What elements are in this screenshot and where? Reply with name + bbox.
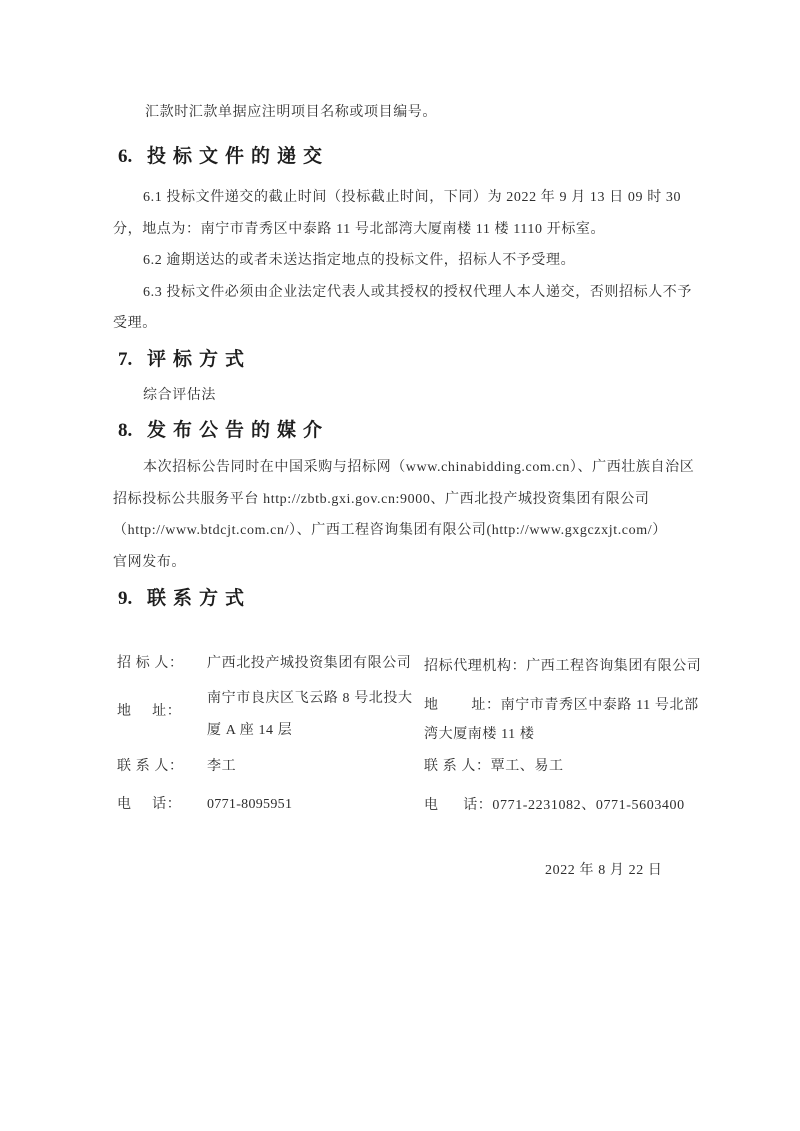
para-6-3-line2: 受理。 (113, 315, 157, 332)
section9-title: 联系方式 (147, 588, 251, 609)
section7-title: 评标方式 (147, 349, 251, 370)
media-para-line3: （http://www.btdcjt.com.cn/）、广西工程咨询集团有限公司… (113, 522, 667, 539)
section8-heading: 8.发布公告的媒介 (118, 420, 329, 442)
tenderer-phone-value: 0771-8095951 (207, 796, 292, 813)
evaluation-method-text: 综合评估法 (143, 387, 216, 404)
section8-number: 8. (118, 420, 147, 442)
tenderer-contact-label: 联 系 人： (117, 758, 184, 775)
para-6-3-line1: 6.3 投标文件必须由企业法定代表人或其授权的授权代理人本人递交，否则招标人不予 (143, 284, 692, 301)
tenderer-label: 招 标 人： (117, 655, 184, 672)
tenderer-address-line2: 厦 A 座 14 层 (207, 722, 292, 739)
para-6-2: 6.2 逾期送达的或者未送达指定地点的投标文件，招标人不予受理。 (143, 252, 575, 269)
tenderer-value: 广西北投产城投资集团有限公司 (207, 655, 411, 672)
agency-line: 招标代理机构：广西工程咨询集团有限公司 (424, 658, 701, 675)
remittance-note-line: 汇款时汇款单据应注明项目名称或项目编号。 (145, 104, 437, 121)
tenderer-address-label: 地 址： (117, 703, 181, 720)
section9-heading: 9.联系方式 (118, 588, 251, 610)
section9-number: 9. (118, 588, 147, 610)
tenderer-phone-label: 电 话： (117, 796, 181, 813)
section7-heading: 7.评标方式 (118, 349, 251, 371)
tenderer-contact-value: 李工 (207, 758, 236, 775)
section7-number: 7. (118, 349, 147, 371)
agency-phone-line: 电 话：0771-2231082、0771-5603400 (424, 797, 685, 814)
section6-number: 6. (118, 146, 147, 168)
document-date: 2022 年 8 月 22 日 (545, 862, 663, 879)
section8-title: 发布公告的媒介 (147, 420, 329, 441)
para-6-1-line1: 6.1 投标文件递交的截止时间（投标截止时间，下同）为 2022 年 9 月 1… (143, 189, 681, 206)
agency-contact-line: 联 系 人：覃工、易工 (424, 758, 564, 775)
tenderer-address-line1: 南宁市良庆区飞云路 8 号北投大 (207, 690, 413, 707)
para-6-1-line2: 分，地点为：南宁市青秀区中泰路 11 号北部湾大厦南楼 11 楼 1110 开标… (113, 221, 605, 238)
section6-heading: 6.投标文件的递交 (118, 146, 329, 168)
media-para-line1: 本次招标公告同时在中国采购与招标网（www.chinabidding.com.c… (143, 459, 694, 476)
section6-title: 投标文件的递交 (147, 146, 329, 167)
agency-address-line2: 湾大厦南楼 11 楼 (424, 726, 534, 743)
agency-address-line1: 地 址：南宁市青秀区中泰路 11 号北部 (424, 697, 699, 714)
document-page: 汇款时汇款单据应注明项目名称或项目编号。 6.投标文件的递交 6.1 投标文件递… (0, 0, 800, 1131)
media-para-line4: 官网发布。 (113, 554, 186, 571)
media-para-line2: 招标投标公共服务平台 http://zbtb.gxi.gov.cn:9000、广… (113, 491, 649, 508)
